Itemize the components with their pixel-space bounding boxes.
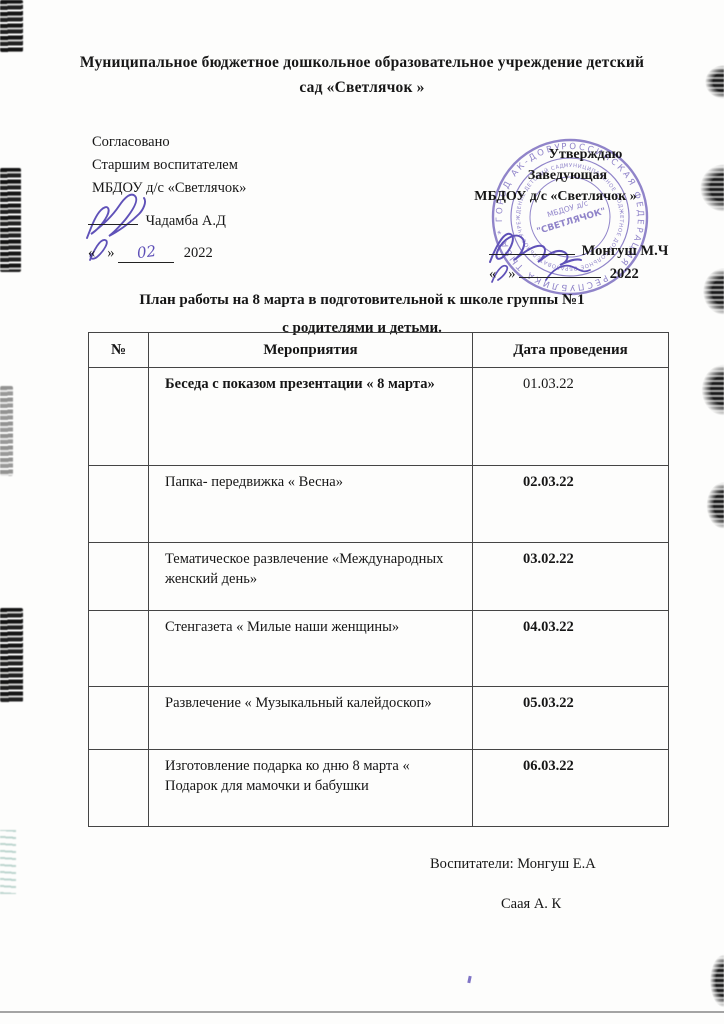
approved-line-1: Утверждаю <box>448 144 663 165</box>
cell-number <box>89 466 149 543</box>
cell-event: Изготовление подарка ко дню 8 марта « По… <box>149 750 473 827</box>
table-row: Стенгазета « Милые наши женщины» 04.03.2… <box>89 611 669 687</box>
cell-date: 02.03.22 <box>473 466 669 543</box>
cell-date: 06.03.22 <box>473 750 669 827</box>
cell-event: Беседа с показом презентации « 8 марта» <box>149 368 473 466</box>
scan-smudge <box>0 830 16 894</box>
agreed-date-row: «» 02 2022 <box>88 243 213 263</box>
table-row: Тематическое развлечение «Международных … <box>89 543 669 611</box>
quote-close: » <box>107 245 114 261</box>
table-row: Беседа с показом презентации « 8 марта» … <box>89 368 669 466</box>
agreed-signature-row: Чадамба А.Д <box>88 213 226 230</box>
cell-date: 01.03.22 <box>473 368 669 466</box>
educators-line: Воспитатели: Монгуш Е.А <box>430 856 596 873</box>
scan-smudge <box>704 950 724 1012</box>
quote-open: « <box>88 245 95 261</box>
scan-smudge <box>0 168 21 272</box>
approved-date-row: «» 2022 <box>489 266 639 283</box>
col-header-number: № <box>89 333 149 368</box>
cell-number <box>89 543 149 611</box>
scan-smudge <box>694 264 724 319</box>
cell-number <box>89 687 149 750</box>
handwritten-month: 02 <box>136 242 157 262</box>
quote-close: » <box>508 266 515 282</box>
agreed-line-1: Согласовано <box>92 131 352 154</box>
signature-line <box>88 224 138 225</box>
approved-line-3: МБДОУ д/с «Светлячок » <box>448 186 663 207</box>
cell-event: Стенгазета « Милые наши женщины» <box>149 611 473 687</box>
cell-date: 05.03.22 <box>473 687 669 750</box>
events-table: № Мероприятия Дата проведения Беседа с п… <box>88 332 669 827</box>
date-line: 02 <box>118 243 174 263</box>
cell-number <box>89 368 149 466</box>
plan-title-line-1: План работы на 8 марта в подготовительно… <box>60 287 664 315</box>
table-header-row: № Мероприятия Дата проведения <box>89 333 669 368</box>
scan-line-artifact <box>0 1011 724 1013</box>
cell-date: 04.03.22 <box>473 611 669 687</box>
col-header-event: Мероприятия <box>149 333 473 368</box>
scan-smudge <box>699 478 724 533</box>
agreed-signer-name: Чадамба А.Д <box>146 213 226 229</box>
table-row: Развлечение « Музыкальный калейдоскоп» 0… <box>89 687 669 750</box>
cell-event: Тематическое развлечение «Международных … <box>149 543 473 611</box>
col-header-date: Дата проведения <box>473 333 669 368</box>
approved-block: Утверждаю Заведующая МБДОУ д/с «Светлячо… <box>448 144 663 207</box>
agreed-line-2: Старшим воспитателем <box>92 154 352 177</box>
scan-smudge <box>697 62 724 102</box>
approved-year: 2022 <box>610 266 639 282</box>
scan-smudge <box>0 0 23 52</box>
educator-second-name: Саая А. К <box>501 896 561 913</box>
date-line <box>519 277 601 278</box>
cell-date: 03.02.22 <box>473 543 669 611</box>
quote-open: « <box>489 266 496 282</box>
ink-dot-artifact <box>467 976 471 983</box>
cell-event: Папка- передвижка « Весна» <box>149 466 473 543</box>
cell-number <box>89 611 149 687</box>
scanned-document-page: Муниципальное бюджетное дошкольное образ… <box>0 0 724 1024</box>
table-row: Изготовление подарка ко дню 8 марта « По… <box>89 750 669 827</box>
scan-smudge <box>690 160 724 216</box>
cell-number <box>89 750 149 827</box>
table-row: Папка- передвижка « Весна» 02.03.22 <box>89 466 669 543</box>
signature-line <box>489 254 575 255</box>
scan-smudge <box>692 360 724 420</box>
approved-signer-name: Монгуш М.Ч <box>582 243 669 259</box>
scan-smudge <box>0 386 13 476</box>
approved-line-2: Заведующая <box>448 165 663 186</box>
agreed-year: 2022 <box>184 245 213 261</box>
org-title: Муниципальное бюджетное дошкольное образ… <box>70 50 654 100</box>
cell-event: Развлечение « Музыкальный калейдоскоп» <box>149 687 473 750</box>
scan-smudge <box>0 608 23 702</box>
